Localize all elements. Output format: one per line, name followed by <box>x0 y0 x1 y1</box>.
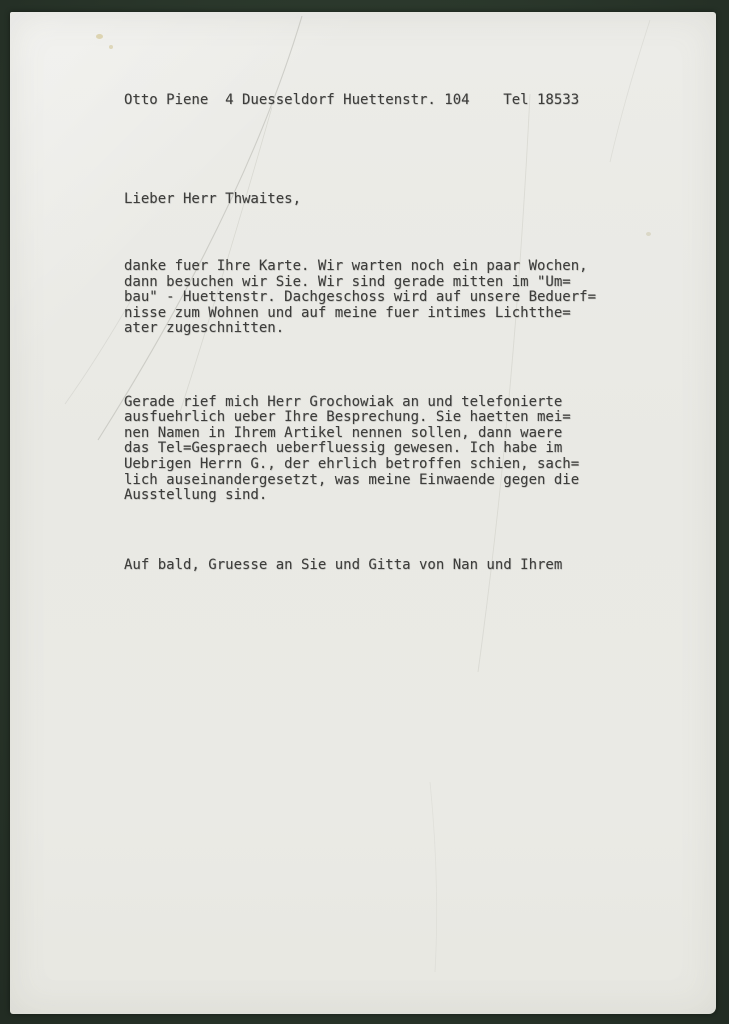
scanned-letter-page: Otto Piene 4 Duesseldorf Huettenstr. 104… <box>10 12 716 1014</box>
paper-stain <box>109 45 113 49</box>
letter-header-address: Otto Piene 4 Duesseldorf Huettenstr. 104… <box>124 93 614 109</box>
letter-salutation: Lieber Herr Thwaites, <box>124 192 614 208</box>
letter-paragraph: Gerade rief mich Herr Grochowiak an und … <box>124 395 614 504</box>
paper-stain <box>646 232 651 236</box>
letter-closing: Auf bald, Gruesse an Sie und Gitta von N… <box>124 558 614 574</box>
letter-paragraph: danke fuer Ihre Karte. Wir warten noch e… <box>124 259 614 337</box>
paper-stain <box>96 34 103 39</box>
letter-body: Otto Piene 4 Duesseldorf Huettenstr. 104… <box>124 62 614 604</box>
